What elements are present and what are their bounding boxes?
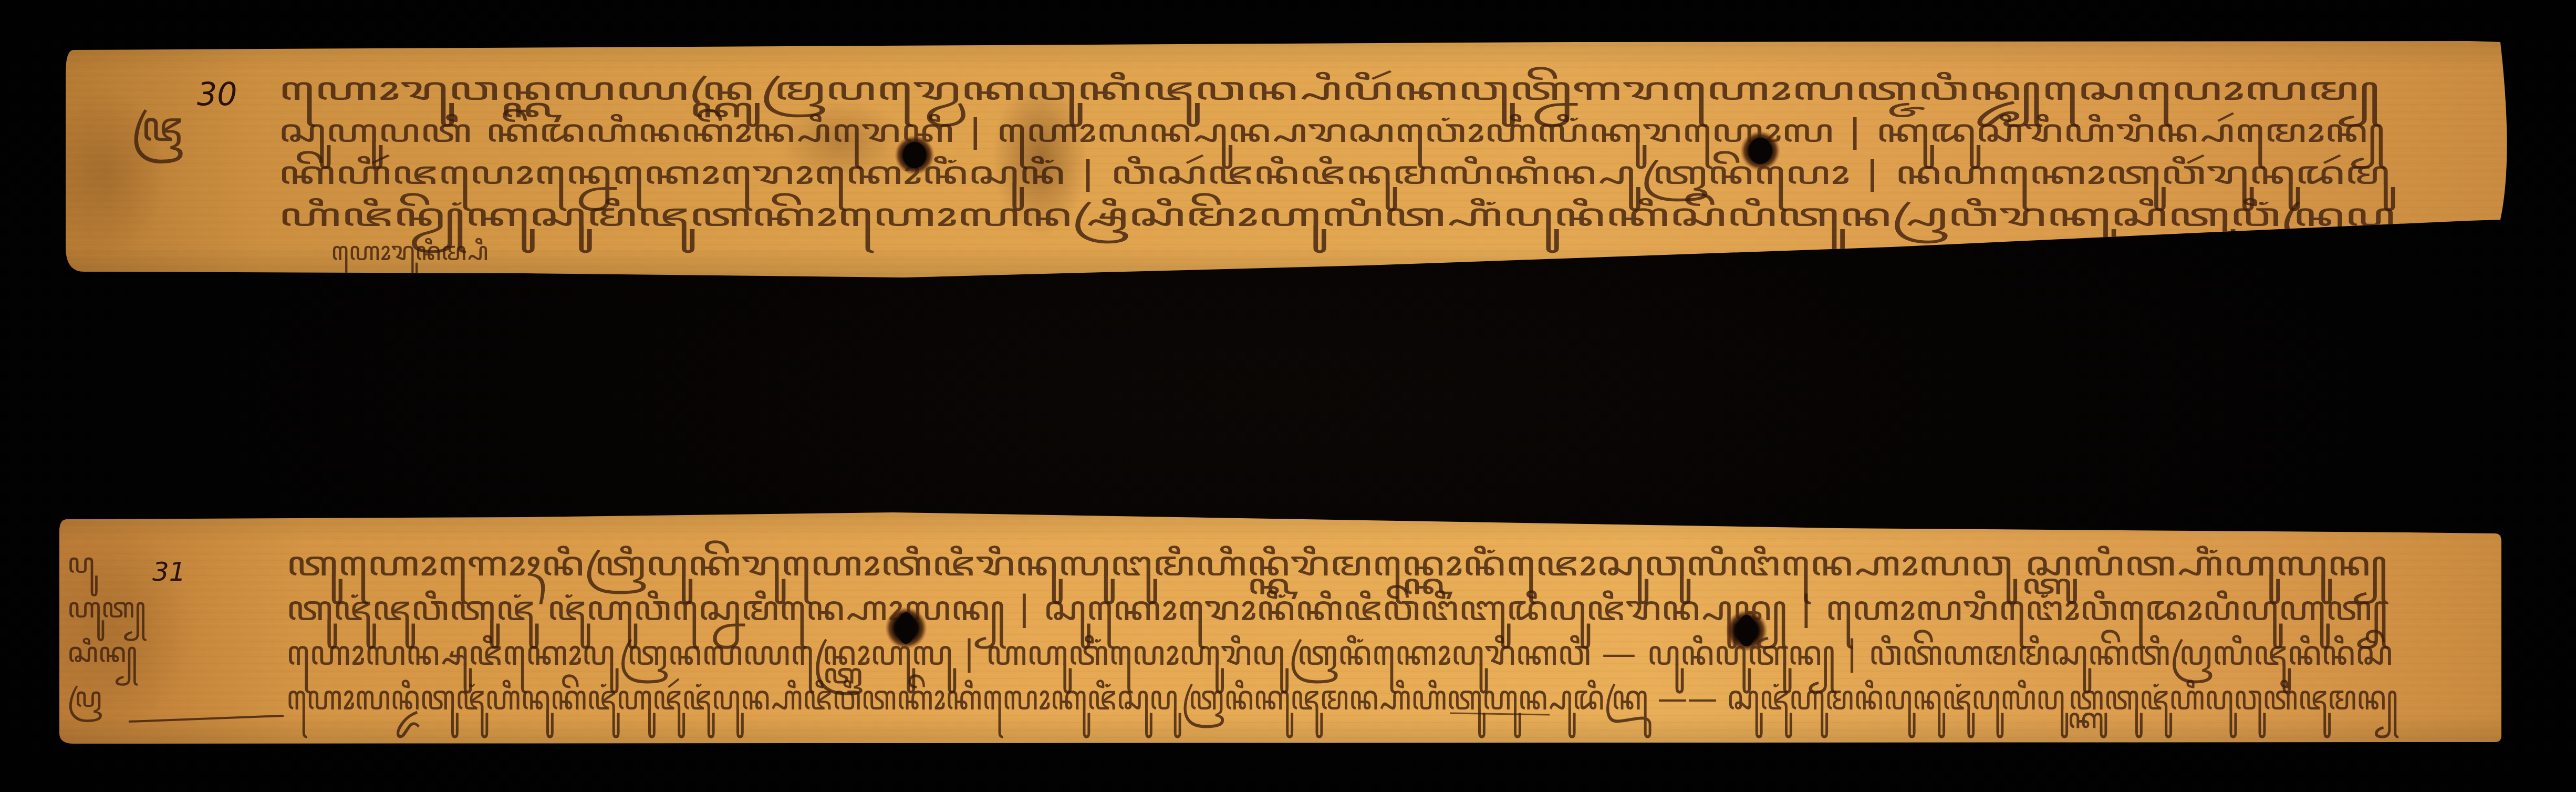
string-hole xyxy=(897,612,915,644)
string-hole xyxy=(1749,138,1772,164)
string-hole xyxy=(903,142,926,168)
text-line: ꦲꦺꦴꦫꦸꦤꦶꦩ꧀ꦥꦶ xyxy=(331,236,488,282)
folio-number-bottom: 31 xyxy=(152,557,186,587)
string-hole xyxy=(1738,615,1756,646)
palm-leaf-top: 30 ꦗꦿ ꦲꦺꦴꦫꦸꦮꦤ꧀ꦏꦭꦪꦤ꧀ꦏꦿꦸꦩꦿꦥꦫ꧀ꦮꦺꦏꦮꦸꦏꦶꦗꦸꦮꦤ꧀ꦥ… xyxy=(42,32,2532,284)
manuscript-photo: 30 ꦗꦿ ꦲꦺꦴꦫꦸꦮꦤ꧀ꦏꦭꦪꦤ꧀ꦏꦿꦸꦩꦿꦥꦫ꧀ꦮꦺꦏꦮꦸꦏꦶꦗꦸꦮꦤ꧀ꦥ… xyxy=(0,0,2576,792)
folio-number-top: 30 xyxy=(197,76,237,113)
palm-leaf-bottom: 31 ꦥꦸ ꦲꦸꦠ꧀ ꦱꦶꦤ꧀ ꦥꦿ ꦠꦸꦲꦺꦴꦒꦺꦴꦃꦤꦶꦠꦿꦶꦥꦸꦏꦼꦫꦸꦲ… xyxy=(37,505,2521,752)
